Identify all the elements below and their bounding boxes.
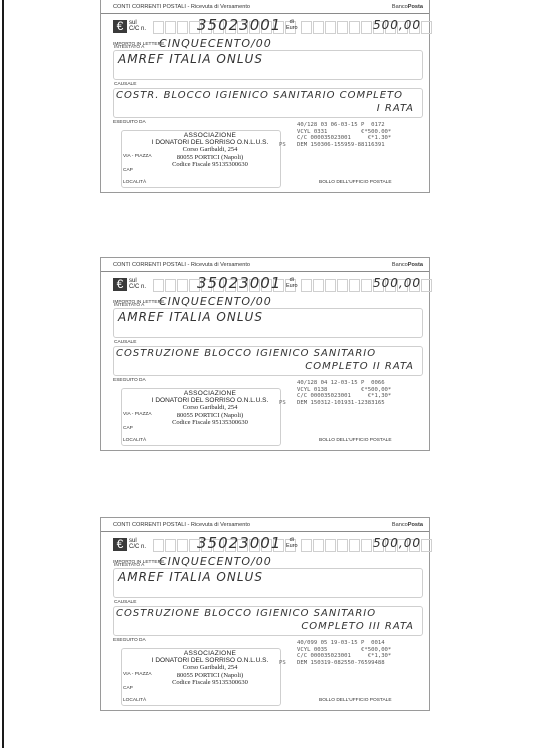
beneficiary-name: AMREF ITALIA ONLUS xyxy=(118,310,263,324)
amount-words-row: IMPORTO IN LETTERE CINQUECENTO/00 xyxy=(101,556,429,568)
euro-icon: € xyxy=(113,538,127,551)
eseguito-label: ESEGUITO DA xyxy=(113,638,146,643)
postal-receipt: CONTI CORRENTI POSTALI - Ricevuta di Ver… xyxy=(100,0,430,193)
eseguito-label: ESEGUITO DA xyxy=(113,378,146,383)
causale-line-2: COMPLETO II RATA xyxy=(305,361,414,372)
printed-validation: 40/128 03 06-03-15 P 0172 VCYL 0331 €*50… xyxy=(297,122,391,148)
account-number: 35023001 xyxy=(197,534,281,552)
payer-stamp: ASSOCIAZIONE I DONATORI DEL SORRISO O.N.… xyxy=(145,650,275,686)
euro-icon: € xyxy=(113,278,127,291)
postal-receipt: CONTI CORRENTI POSTALI - Ricevuta di Ver… xyxy=(100,517,430,711)
postal-stamp-label: BOLLO DELL'UFFICIO POSTALE xyxy=(319,180,392,185)
scan-edge xyxy=(2,0,4,748)
amount-words-row: IMPORTO IN LETTERE CINQUECENTO/00 xyxy=(101,38,429,50)
postal-stamp-label: BOLLO DELL'UFFICIO POSTALE xyxy=(319,698,392,703)
account-row: € sulC/C n. 35023001 diEuro 500,00 xyxy=(101,14,429,38)
causale-label: CAUSALE xyxy=(114,340,136,345)
euro-icon: € xyxy=(113,20,127,33)
beneficiary-name: AMREF ITALIA ONLUS xyxy=(118,52,263,66)
localita-label: LOCALITÀ xyxy=(123,180,146,185)
causale-line-1: COSTR. BLOCCO IGIENICO SANITARIO COMPLET… xyxy=(116,90,403,101)
bancoposta-logo: BancoPosta xyxy=(392,522,423,528)
beneficiary-box: INTESTATO A AMREF ITALIA ONLUS xyxy=(113,50,423,80)
payer-section: ESEGUITO DA ASSOCIAZIONE I DONATORI DEL … xyxy=(101,118,429,192)
euro-label: diEuro xyxy=(286,537,298,549)
cc-label: sulC/C n. xyxy=(129,20,146,32)
printed-validation: 40/099 05 19-03-15 P 0014 VCYL 0035 €*50… xyxy=(297,640,391,666)
account-row: € sulC/C n. 35023001 diEuro 500,00 xyxy=(101,532,429,556)
via-label: VIA - PIAZZA xyxy=(123,672,152,677)
cap-label: CAP xyxy=(123,426,133,431)
causale-line-2: COMPLETO III RATA xyxy=(301,621,414,632)
cc-label: sulC/C n. xyxy=(129,538,146,550)
amount-value: 500,00 xyxy=(373,276,421,290)
account-number: 35023001 xyxy=(197,16,281,34)
beneficiary-box: INTESTATO A AMREF ITALIA ONLUS xyxy=(113,308,423,338)
causale-label: CAUSALE xyxy=(114,600,136,605)
cap-label: CAP xyxy=(123,168,133,173)
ps-mark: PS xyxy=(279,142,286,148)
intestato-label: INTESTATO A xyxy=(114,563,144,568)
account-number: 35023001 xyxy=(197,274,281,292)
eseguito-label: ESEGUITO DA xyxy=(113,120,146,125)
euro-label: diEuro xyxy=(286,19,298,31)
causale-label: CAUSALE xyxy=(114,82,136,87)
bancoposta-logo: BancoPosta xyxy=(392,4,423,10)
payer-section: ESEGUITO DA ASSOCIAZIONE I DONATORI DEL … xyxy=(101,376,429,450)
via-label: VIA - PIAZZA xyxy=(123,412,152,417)
form-title: CONTI CORRENTI POSTALI - Ricevuta di Ver… xyxy=(113,262,250,268)
form-title: CONTI CORRENTI POSTALI - Ricevuta di Ver… xyxy=(113,522,250,528)
ps-mark: PS xyxy=(279,660,286,666)
localita-label: LOCALITÀ xyxy=(123,698,146,703)
causale-line-2: I RATA xyxy=(377,103,414,114)
cc-label: sulC/C n. xyxy=(129,278,146,290)
amount-value: 500,00 xyxy=(373,18,421,32)
payer-stamp: ASSOCIAZIONE I DONATORI DEL SORRISO O.N.… xyxy=(145,390,275,426)
causale-box: CAUSALE COSTRUZIONE BLOCCO IGIENICO SANI… xyxy=(113,606,423,636)
ps-mark: PS xyxy=(279,400,286,406)
payer-section: ESEGUITO DA ASSOCIAZIONE I DONATORI DEL … xyxy=(101,636,429,710)
cap-label: CAP xyxy=(123,686,133,691)
form-title: CONTI CORRENTI POSTALI - Ricevuta di Ver… xyxy=(113,4,250,10)
postal-receipt: CONTI CORRENTI POSTALI - Ricevuta di Ver… xyxy=(100,257,430,451)
beneficiary-name: AMREF ITALIA ONLUS xyxy=(118,570,263,584)
causale-box: CAUSALE COSTR. BLOCCO IGIENICO SANITARIO… xyxy=(113,88,423,118)
amount-in-words: CINQUECENTO/00 xyxy=(159,295,272,308)
payer-stamp: ASSOCIAZIONE I DONATORI DEL SORRISO O.N.… xyxy=(145,132,275,168)
account-row: € sulC/C n. 35023001 diEuro 500,00 xyxy=(101,272,429,296)
bancoposta-logo: BancoPosta xyxy=(392,262,423,268)
receipt-header: CONTI CORRENTI POSTALI - Ricevuta di Ver… xyxy=(101,258,429,272)
via-label: VIA - PIAZZA xyxy=(123,154,152,159)
amount-in-words: CINQUECENTO/00 xyxy=(159,555,272,568)
printed-validation: 40/128 04 12-03-15 P 0066 VCYL 0138 €*50… xyxy=(297,380,391,406)
beneficiary-box: INTESTATO A AMREF ITALIA ONLUS xyxy=(113,568,423,598)
amount-value: 500,00 xyxy=(373,536,421,550)
amount-words-row: IMPORTO IN LETTERE CINQUECENTO/00 xyxy=(101,296,429,308)
postal-stamp-label: BOLLO DELL'UFFICIO POSTALE xyxy=(319,438,392,443)
localita-label: LOCALITÀ xyxy=(123,438,146,443)
receipt-header: CONTI CORRENTI POSTALI - Ricevuta di Ver… xyxy=(101,518,429,532)
causale-box: CAUSALE COSTRUZIONE BLOCCO IGIENICO SANI… xyxy=(113,346,423,376)
intestato-label: INTESTATO A xyxy=(114,303,144,308)
receipt-header: CONTI CORRENTI POSTALI - Ricevuta di Ver… xyxy=(101,0,429,14)
causale-line-1: COSTRUZIONE BLOCCO IGIENICO SANITARIO xyxy=(116,608,376,619)
intestato-label: INTESTATO A xyxy=(114,45,144,50)
causale-line-1: COSTRUZIONE BLOCCO IGIENICO SANITARIO xyxy=(116,348,376,359)
amount-in-words: CINQUECENTO/00 xyxy=(159,37,272,50)
euro-label: diEuro xyxy=(286,277,298,289)
